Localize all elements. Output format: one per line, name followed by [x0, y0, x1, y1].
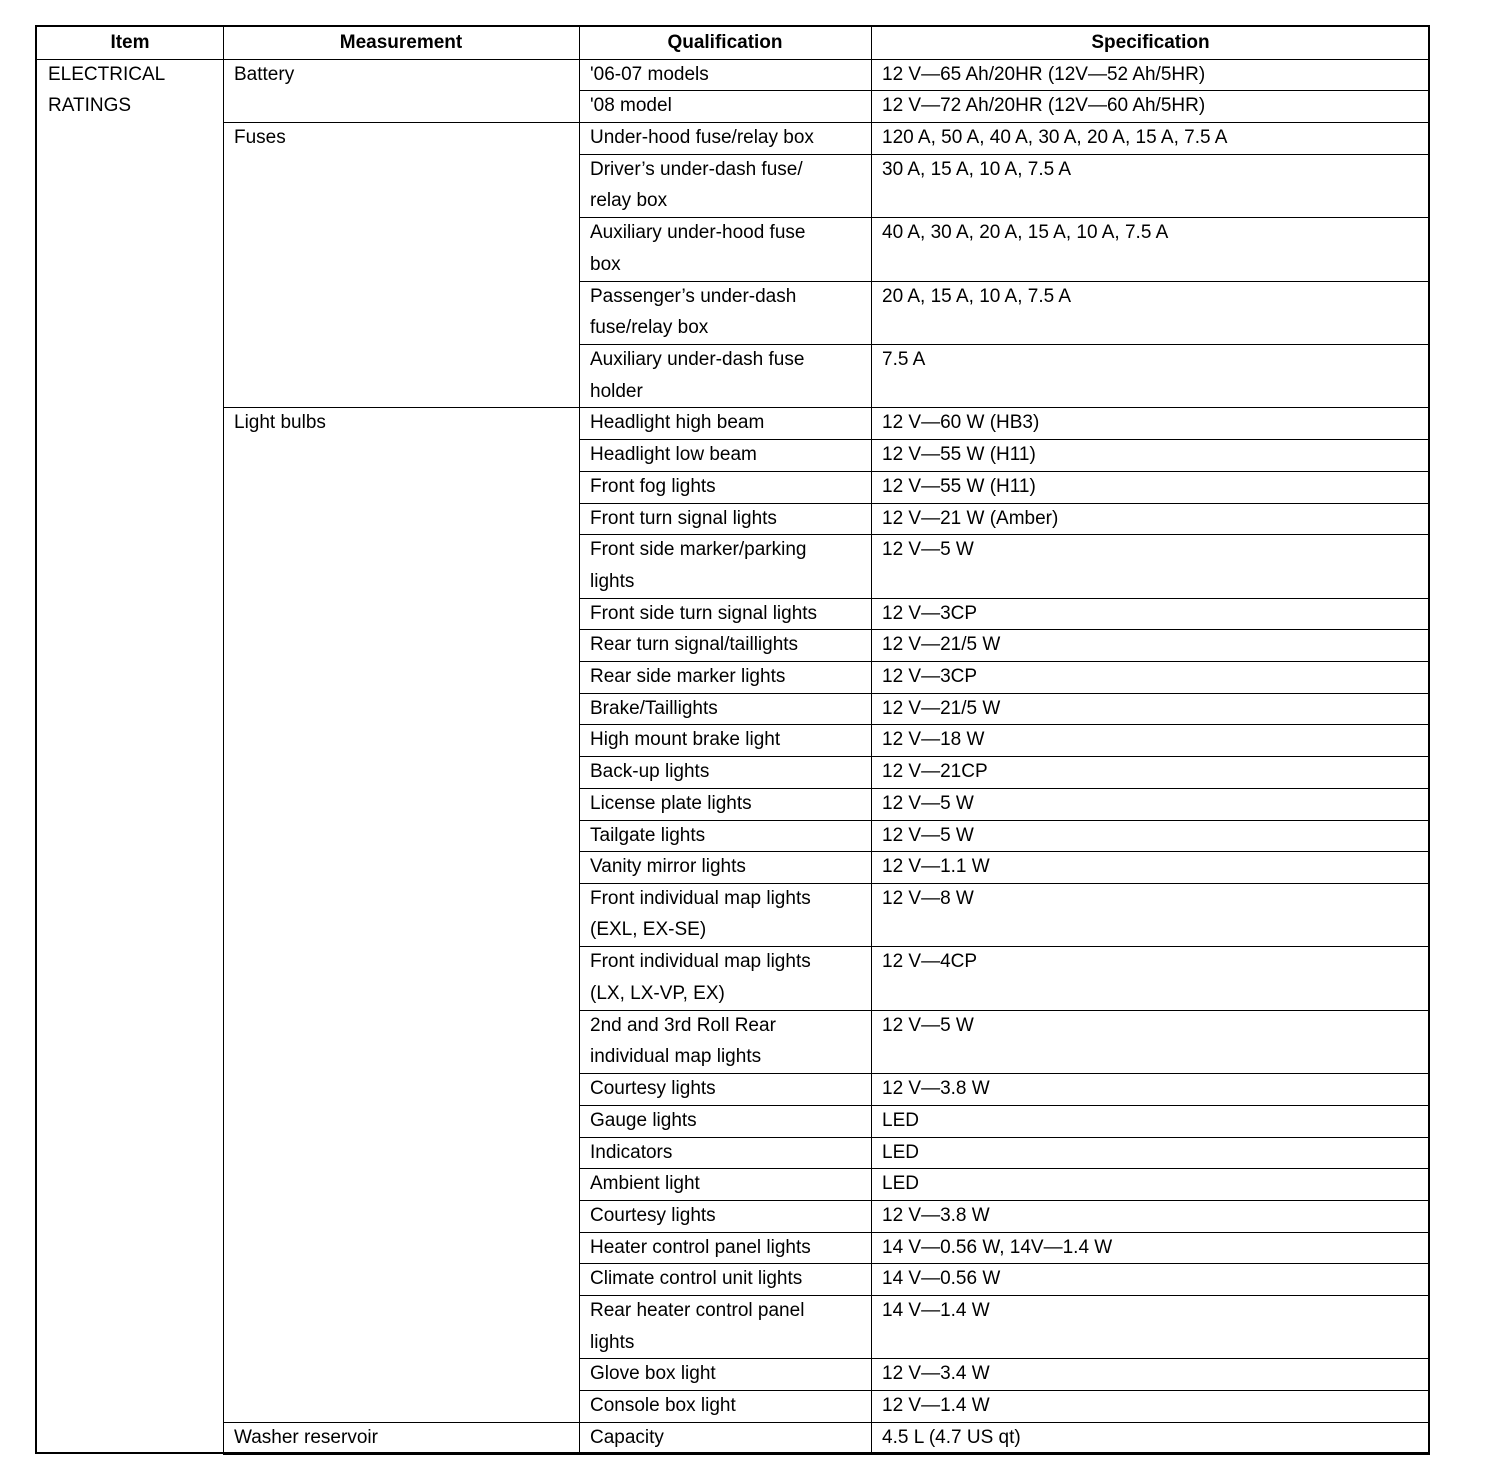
qualification-cell: Courtesy lights: [579, 1073, 716, 1105]
qualification-cell: Console box light: [579, 1390, 736, 1422]
specification-cell: 12 V—55 W (H11): [871, 471, 1036, 503]
qualification-line: (EXL, EX-SE): [590, 914, 811, 946]
qualification-line: Front individual map lights: [590, 946, 811, 978]
specification-cell: 12 V—5 W: [871, 534, 974, 566]
qualification-line: Heater control panel lights: [590, 1232, 811, 1264]
specification-cell: 40 A, 30 A, 20 A, 15 A, 10 A, 7.5 A: [871, 217, 1168, 249]
qualification-line: Rear turn signal/taillights: [590, 629, 798, 661]
qualification-line: Auxiliary under-hood fuse: [590, 217, 805, 249]
header-specification: Specification: [871, 27, 1430, 59]
qualification-line: Front side marker/parking: [590, 534, 806, 566]
qualification-line: fuse/relay box: [590, 312, 796, 344]
qualification-cell: Rear turn signal/taillights: [579, 629, 798, 661]
qualification-cell: Passenger’s under-dashfuse/relay box: [579, 281, 796, 344]
specification-cell: 12 V—3CP: [871, 661, 977, 693]
qualification-cell: Heater control panel lights: [579, 1232, 811, 1264]
qualification-cell: Driver’s under-dash fuse/relay box: [579, 154, 803, 217]
specification-cell: 12 V—18 W: [871, 724, 984, 756]
qualification-line: Back-up lights: [590, 756, 709, 788]
specification-cell: 120 A, 50 A, 40 A, 30 A, 20 A, 15 A, 7.5…: [871, 122, 1227, 154]
row-divider: [579, 1137, 1430, 1138]
specification-cell: 12 V—5 W: [871, 1010, 974, 1042]
qualification-line: Front turn signal lights: [590, 503, 777, 535]
qualification-cell: High mount brake light: [579, 724, 780, 756]
specification-cell: 12 V—4CP: [871, 946, 977, 978]
qualification-line: Courtesy lights: [590, 1200, 716, 1232]
qualification-cell: Courtesy lights: [579, 1200, 716, 1232]
specification-cell: 12 V—3.8 W: [871, 1073, 990, 1105]
row-divider: [579, 820, 1430, 821]
qualification-line: Driver’s under-dash fuse/: [590, 154, 803, 186]
qualification-line: Front side turn signal lights: [590, 598, 817, 630]
qualification-cell: Tailgate lights: [579, 820, 705, 852]
specification-cell: 12 V—60 W (HB3): [871, 407, 1039, 439]
qualification-cell: Gauge lights: [579, 1105, 697, 1137]
qualification-line: Brake/Taillights: [590, 693, 718, 725]
qualification-line: Capacity: [590, 1422, 664, 1454]
specification-cell: 12 V—8 W: [871, 883, 974, 915]
qualification-cell: Rear side marker lights: [579, 661, 785, 693]
qualification-line: box: [590, 249, 805, 281]
qualification-cell: Brake/Taillights: [579, 693, 718, 725]
specification-cell: 12 V—3.8 W: [871, 1200, 990, 1232]
measurement-cell: Washer reservoir: [223, 1422, 378, 1454]
specification-cell: 12 V—3.4 W: [871, 1358, 990, 1390]
qualification-cell: Front side turn signal lights: [579, 598, 817, 630]
qualification-line: Headlight low beam: [590, 439, 757, 471]
qualification-cell: Front turn signal lights: [579, 503, 777, 535]
qualification-line: Courtesy lights: [590, 1073, 716, 1105]
header-item: Item: [37, 27, 223, 59]
qualification-line: lights: [590, 566, 806, 598]
qualification-cell: Front side marker/parkinglights: [579, 534, 806, 597]
qualification-line: Under-hood fuse/relay box: [590, 122, 814, 154]
qualification-line: Console box light: [590, 1390, 736, 1422]
qualification-line: Tailgate lights: [590, 820, 705, 852]
specification-cell: 12 V—1.4 W: [871, 1390, 990, 1422]
qualification-cell: Glove box light: [579, 1358, 716, 1390]
specification-cell: 12 V—72 Ah/20HR (12V—60 Ah/5HR): [871, 90, 1205, 122]
row-divider: [579, 1168, 1430, 1169]
qualification-cell: Front individual map lights(EXL, EX-SE): [579, 883, 811, 946]
row-divider: [223, 1454, 1430, 1455]
qualification-line: Rear heater control panel: [590, 1295, 804, 1327]
qualification-cell: '06-07 models: [579, 59, 709, 91]
specification-cell: 12 V—21CP: [871, 756, 988, 788]
specification-cell: 12 V—3CP: [871, 598, 977, 630]
specification-cell: 12 V—21 W (Amber): [871, 503, 1058, 535]
qualification-line: '08 model: [590, 90, 672, 122]
electrical-ratings-table: Item Measurement Qualification Specifica…: [35, 25, 1430, 1454]
specification-cell: 12 V—1.1 W: [871, 851, 990, 883]
qualification-line: High mount brake light: [590, 724, 780, 756]
row-divider: [579, 1105, 1430, 1106]
qualification-cell: Headlight low beam: [579, 439, 757, 471]
qualification-cell: Ambient light: [579, 1168, 700, 1200]
specification-cell: LED: [871, 1137, 919, 1169]
qualification-line: relay box: [590, 185, 803, 217]
qualification-line: Headlight high beam: [590, 407, 764, 439]
qualification-cell: Capacity: [579, 1422, 664, 1454]
qualification-line: Auxiliary under-dash fuse: [590, 344, 804, 376]
qualification-cell: Rear heater control panellights: [579, 1295, 804, 1358]
specification-cell: 12 V—21/5 W: [871, 629, 1000, 661]
qualification-cell: Auxiliary under-dash fuseholder: [579, 344, 804, 407]
qualification-line: Passenger’s under-dash: [590, 281, 796, 313]
qualification-cell: Front fog lights: [579, 471, 716, 503]
column-divider: [223, 27, 224, 1452]
qualification-line: Glove box light: [590, 1358, 716, 1390]
qualification-cell: Vanity mirror lights: [579, 851, 746, 883]
specification-cell: 12 V—65 Ah/20HR (12V—52 Ah/5HR): [871, 59, 1205, 91]
item-cell: ELECTRICAL RATINGS: [37, 59, 165, 122]
header-qualification: Qualification: [579, 27, 871, 59]
qualification-line: Ambient light: [590, 1168, 700, 1200]
qualification-cell: '08 model: [579, 90, 672, 122]
specification-cell: 7.5 A: [871, 344, 925, 376]
specification-cell: 12 V—55 W (H11): [871, 439, 1036, 471]
qualification-line: Rear side marker lights: [590, 661, 785, 693]
qualification-line: (LX, LX-VP, EX): [590, 978, 811, 1010]
qualification-cell: Front individual map lights(LX, LX-VP, E…: [579, 946, 811, 1009]
qualification-cell: Back-up lights: [579, 756, 709, 788]
specification-cell: 12 V—5 W: [871, 788, 974, 820]
row-divider: [223, 122, 1430, 123]
qualification-line: Climate control unit lights: [590, 1263, 802, 1295]
specification-cell: 14 V—0.56 W: [871, 1263, 1000, 1295]
qualification-line: lights: [590, 1327, 804, 1359]
qualification-line: 2nd and 3rd Roll Rear: [590, 1010, 776, 1042]
item-line-2: RATINGS: [48, 90, 165, 122]
row-divider: [223, 1422, 1430, 1423]
header-measurement: Measurement: [223, 27, 579, 59]
row-divider: [223, 407, 1430, 408]
qualification-cell: 2nd and 3rd Roll Rearindividual map ligh…: [579, 1010, 776, 1073]
specification-cell: LED: [871, 1168, 919, 1200]
qualification-line: License plate lights: [590, 788, 752, 820]
measurement-cell: Light bulbs: [223, 407, 326, 439]
specification-cell: 12 V—21/5 W: [871, 693, 1000, 725]
specification-cell: LED: [871, 1105, 919, 1137]
item-line-1: ELECTRICAL: [48, 59, 165, 91]
qualification-line: Front individual map lights: [590, 883, 811, 915]
measurement-cell: Battery: [223, 59, 294, 91]
specification-cell: 30 A, 15 A, 10 A, 7.5 A: [871, 154, 1071, 186]
qualification-line: Gauge lights: [590, 1105, 697, 1137]
qualification-line: Front fog lights: [590, 471, 716, 503]
qualification-cell: Auxiliary under-hood fusebox: [579, 217, 805, 280]
qualification-cell: Indicators: [579, 1137, 672, 1169]
qualification-line: individual map lights: [590, 1041, 776, 1073]
qualification-cell: Climate control unit lights: [579, 1263, 802, 1295]
specification-cell: 14 V—0.56 W, 14V—1.4 W: [871, 1232, 1112, 1264]
specification-cell: 4.5 L (4.7 US qt): [871, 1422, 1021, 1454]
qualification-line: Vanity mirror lights: [590, 851, 746, 883]
specification-cell: 12 V—5 W: [871, 820, 974, 852]
qualification-line: Indicators: [590, 1137, 672, 1169]
qualification-line: holder: [590, 376, 804, 408]
qualification-cell: Under-hood fuse/relay box: [579, 122, 814, 154]
qualification-cell: Headlight high beam: [579, 407, 764, 439]
qualification-cell: License plate lights: [579, 788, 752, 820]
specification-cell: 20 A, 15 A, 10 A, 7.5 A: [871, 281, 1071, 313]
specification-cell: 14 V—1.4 W: [871, 1295, 990, 1327]
measurement-cell: Fuses: [223, 122, 286, 154]
qualification-line: '06-07 models: [590, 59, 709, 91]
